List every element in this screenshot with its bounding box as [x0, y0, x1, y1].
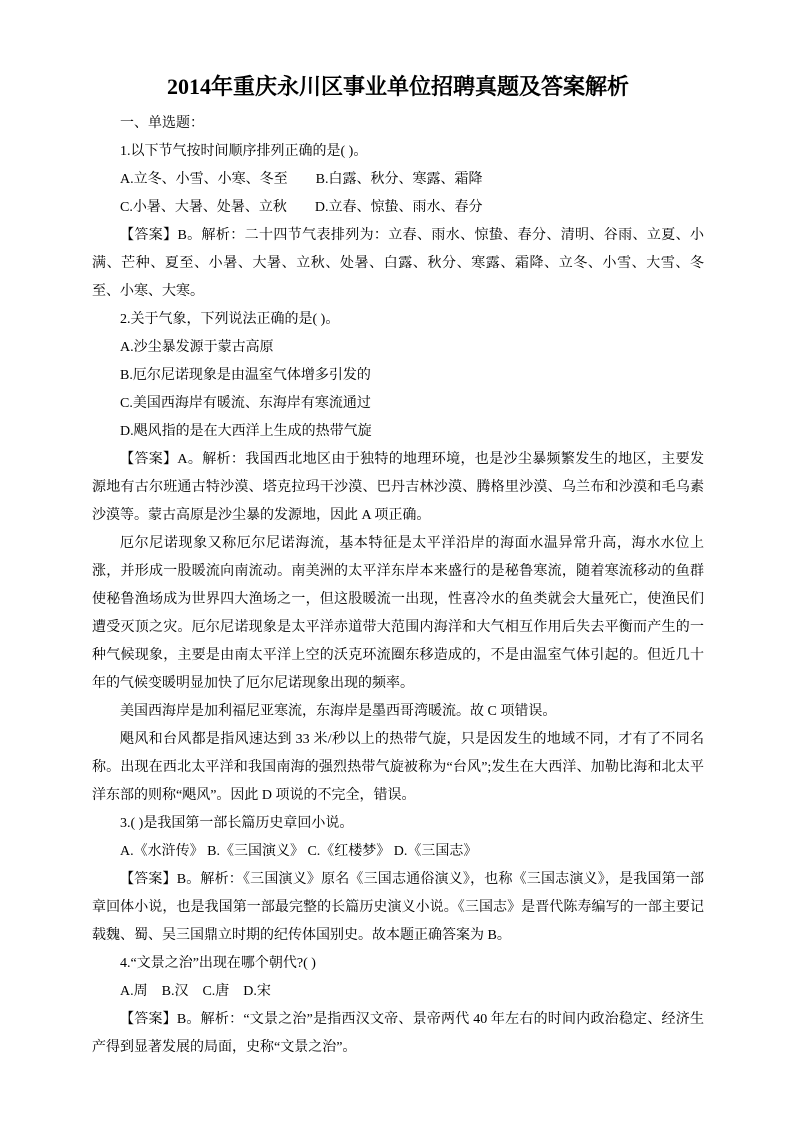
document-page: 2014年重庆永川区事业单位招聘真题及答案解析 一、单选题： 1.以下节气按时间… [0, 0, 794, 1123]
question-1-option-line: C.小暑、大暑、处暑、立秋 D.立春、惊蛰、雨水、春分 [92, 194, 704, 222]
question-2-answer-paragraph: 厄尔尼诺现象又称厄尔尼诺海流，基本特征是太平洋沿岸的海面水温异常升高，海水水位上… [92, 530, 704, 698]
question-block-2: 2.关于气象，下列说法正确的是( )。 A.沙尘暴发源于蒙古高原 B.厄尔尼诺现… [92, 306, 704, 810]
question-block-3: 3.( )是我国第一部长篇历史章回小说。 A.《水浒传》 B.《三国演义》 C.… [92, 810, 704, 950]
question-3-stem: 3.( )是我国第一部长篇历史章回小说。 [92, 810, 704, 838]
question-1-option-line: A.立冬、小雪、小寒、冬至 B.白露、秋分、寒露、霜降 [92, 166, 704, 194]
question-2-stem: 2.关于气象，下列说法正确的是( )。 [92, 306, 704, 334]
question-2-option-line: A.沙尘暴发源于蒙古高原 [92, 334, 704, 362]
question-2-option-line: B.厄尔尼诺现象是由温室气体增多引发的 [92, 362, 704, 390]
question-3-answer-paragraph: 【答案】B。解析：《三国演义》原名《三国志通俗演义》，也称《三国志演义》，是我国… [92, 866, 704, 950]
question-1-answer-paragraph: 【答案】B。解析：二十四节气表排列为：立春、雨水、惊蛰、春分、清明、谷雨、立夏、… [92, 222, 704, 306]
question-block-4: 4.“文景之治”出现在哪个朝代?( ) A.周 B.汉 C.唐 D.宋 【答案】… [92, 950, 704, 1062]
document-title: 2014年重庆永川区事业单位招聘真题及答案解析 [92, 70, 704, 104]
question-2-answer-paragraph: 美国西海岸是加利福尼亚寒流，东海岸是墨西哥湾暖流。故 C 项错误。 [92, 698, 704, 726]
question-2-option-line: D.飓风指的是在大西洋上生成的热带气旋 [92, 418, 704, 446]
question-1-stem: 1.以下节气按时间顺序排列正确的是( )。 [92, 138, 704, 166]
question-2-answer-paragraph: 飓风和台风都是指风速达到 33 米/秒以上的热带气旋，只是因发生的地域不同，才有… [92, 726, 704, 810]
question-block-1: 1.以下节气按时间顺序排列正确的是( )。 A.立冬、小雪、小寒、冬至 B.白露… [92, 138, 704, 306]
question-3-option-line: A.《水浒传》 B.《三国演义》 C.《红楼梦》 D.《三国志》 [92, 838, 704, 866]
question-4-answer-paragraph: 【答案】B。解析：“文景之治”是指西汉文帝、景帝两代 40 年左右的时间内政治稳… [92, 1006, 704, 1062]
question-2-answer-paragraph: 【答案】A。解析：我国西北地区由于独特的地理环境，也是沙尘暴频繁发生的地区，主要… [92, 446, 704, 530]
question-4-option-line: A.周 B.汉 C.唐 D.宋 [92, 978, 704, 1006]
question-2-option-line: C.美国西海岸有暖流、东海岸有寒流通过 [92, 390, 704, 418]
question-4-stem: 4.“文景之治”出现在哪个朝代?( ) [92, 950, 704, 978]
section-heading: 一、单选题： [92, 110, 704, 138]
